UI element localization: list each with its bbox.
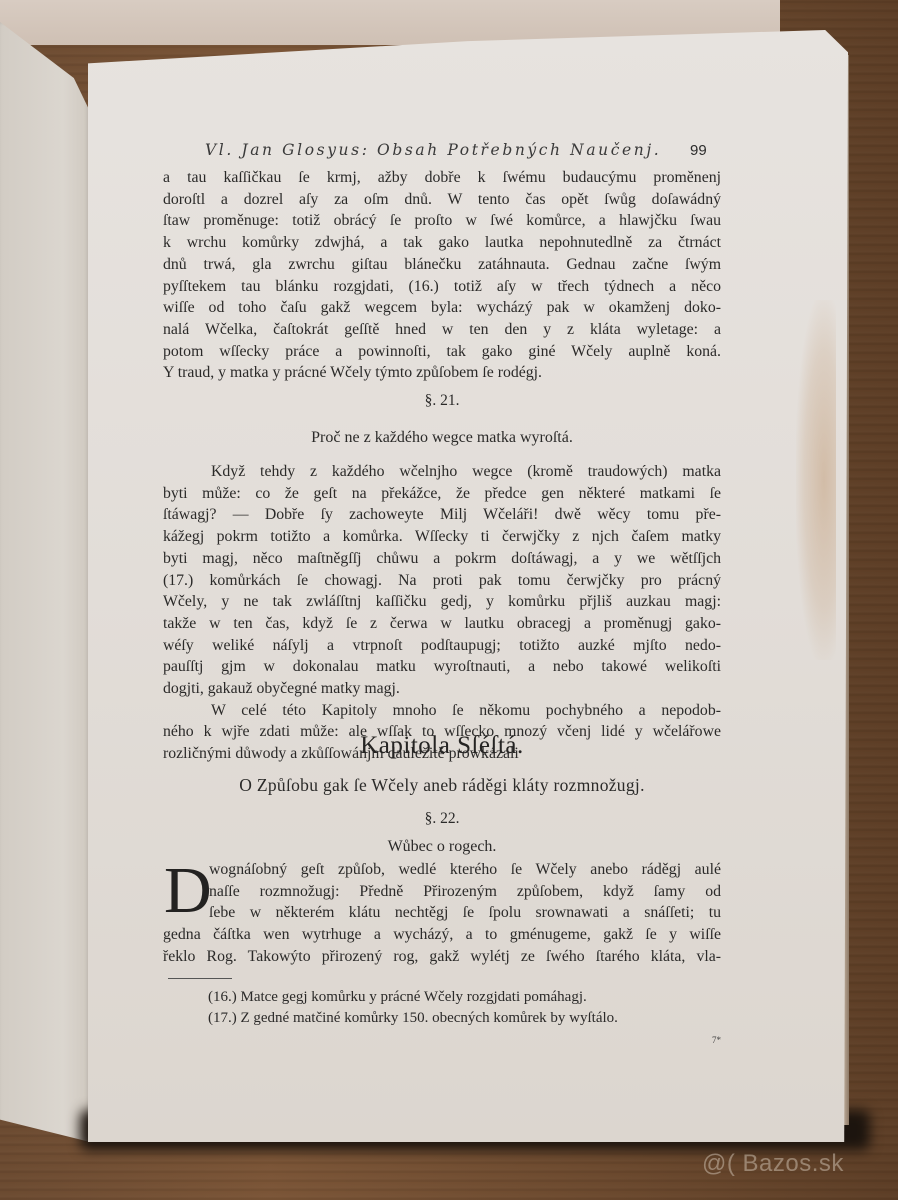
running-header-title: Vl. Jan Glosyus: Obsah Potřebných Naučen… xyxy=(205,141,745,159)
text-line: naſſe rozmnožugj: Předně Přirozeným způſ… xyxy=(163,881,721,903)
text-line: nalá Wčelka, čaſtokrát geſſtě hned w ten… xyxy=(163,319,721,341)
text-line: Wčely, y ne tak zwláſſtnj kaſſičku gedj,… xyxy=(163,591,721,613)
text-line: potom wſſecky práce a powinnoſti, tak ga… xyxy=(163,341,721,363)
text-line: ſtaw proměnuge: totiž obrácý ſe proſto w… xyxy=(163,210,721,232)
text-line: wéſy weliké náſylj a vtrpnoſt podſtaupug… xyxy=(163,635,721,657)
text-line: pauſſtj gjm w dokonalau matku wyroſtnaut… xyxy=(163,656,721,678)
text-line: (17.) komůrkách ſe chowagj. Na proti pak… xyxy=(163,570,721,592)
footnotes: (16.) Matce gegj komůrku y prácné Wčely … xyxy=(208,987,728,1029)
text-line: Když tehdy z každého wčelnjho wegce (kro… xyxy=(163,461,721,483)
text-line: dnů trwá, gla zwrchu giſtau blánečku zat… xyxy=(163,254,721,276)
section-22-title: Wůbec o rogech. xyxy=(163,838,721,856)
printer-signature-mark: 7* xyxy=(712,1035,721,1045)
text-line: doroſtl a dozrel aſy za oſm dnů. W tento… xyxy=(163,189,721,211)
text-line: gedna čáſtka wen wytrhuge a wycházý, a t… xyxy=(163,924,721,946)
text-line: wognáſobný geſt způſob, wedlé kterého ſe… xyxy=(163,859,721,881)
text-line: k wrchu komůrky zdwjhá, a tak gako lautk… xyxy=(163,232,721,254)
text-line: řeklo Rog. Takowýto přirozený rog, gakž … xyxy=(163,946,721,968)
text-line: wiſſe od toho čaſu gakž wegcem byla: wyc… xyxy=(163,297,721,319)
text-line: byti může: co že geſt na překážce, že př… xyxy=(163,483,721,505)
text-line: pyſſtekem tau blánku rozgjdati, (16.) to… xyxy=(163,276,721,298)
text-line: W celé této Kapitoly mnoho ſe někomu poc… xyxy=(163,700,721,722)
footnote-16: (16.) Matce gegj komůrku y prácné Wčely … xyxy=(208,987,728,1008)
page-number: 99 xyxy=(690,142,707,159)
left-facing-page xyxy=(0,22,90,1142)
text-line: Y traud, y matka y prácné Wčely týmto zp… xyxy=(163,362,721,384)
text-line: dogjti, gakauž obyčegné matky magj. xyxy=(163,678,721,700)
section-22-number: §. 22. xyxy=(163,810,721,828)
section-21-title: Proč ne z každého wegce matka wyroſtá. xyxy=(163,429,721,447)
text-line: byti magj, něco maſtněgſſj chůwu a pokrm… xyxy=(163,548,721,570)
text-line: takže w ten čas, když ſe z čerwa w lautk… xyxy=(163,613,721,635)
text-line: ſtáwagj? — Dobře ſy zachoweyte Milj Wčel… xyxy=(163,504,721,526)
section-22-paragraph-1: wognáſobný geſt způſob, wedlé kterého ſe… xyxy=(163,859,721,968)
chapter-title: Kapitola Sſéſtá. xyxy=(163,732,721,760)
text-line: kážegj pokrm totižto a komůrka. Wſſecky … xyxy=(163,526,721,548)
footnote-divider xyxy=(168,978,232,979)
text-line: ſebe w některém klátu nechtěgj ſe ſpolu … xyxy=(163,902,721,924)
paragraph-opening: a tau kaſſičkau ſe krmj, ažby dobře k ſw… xyxy=(163,167,721,384)
section-21-paragraph-1: Když tehdy z každého wčelnjho wegce (kro… xyxy=(163,461,721,765)
section-21-number: §. 21. xyxy=(163,392,721,410)
watermark: @( Bazos.sk xyxy=(702,1150,844,1178)
footnote-17: (17.) Z gedné matčiné komůrky 150. obecn… xyxy=(208,1008,728,1029)
paper-stain xyxy=(796,300,836,660)
chapter-subtitle: O Způſobu gak ſe Wčely aneb ráděgi kláty… xyxy=(163,775,721,796)
text-line: a tau kaſſičkau ſe krmj, ažby dobře k ſw… xyxy=(163,167,721,189)
